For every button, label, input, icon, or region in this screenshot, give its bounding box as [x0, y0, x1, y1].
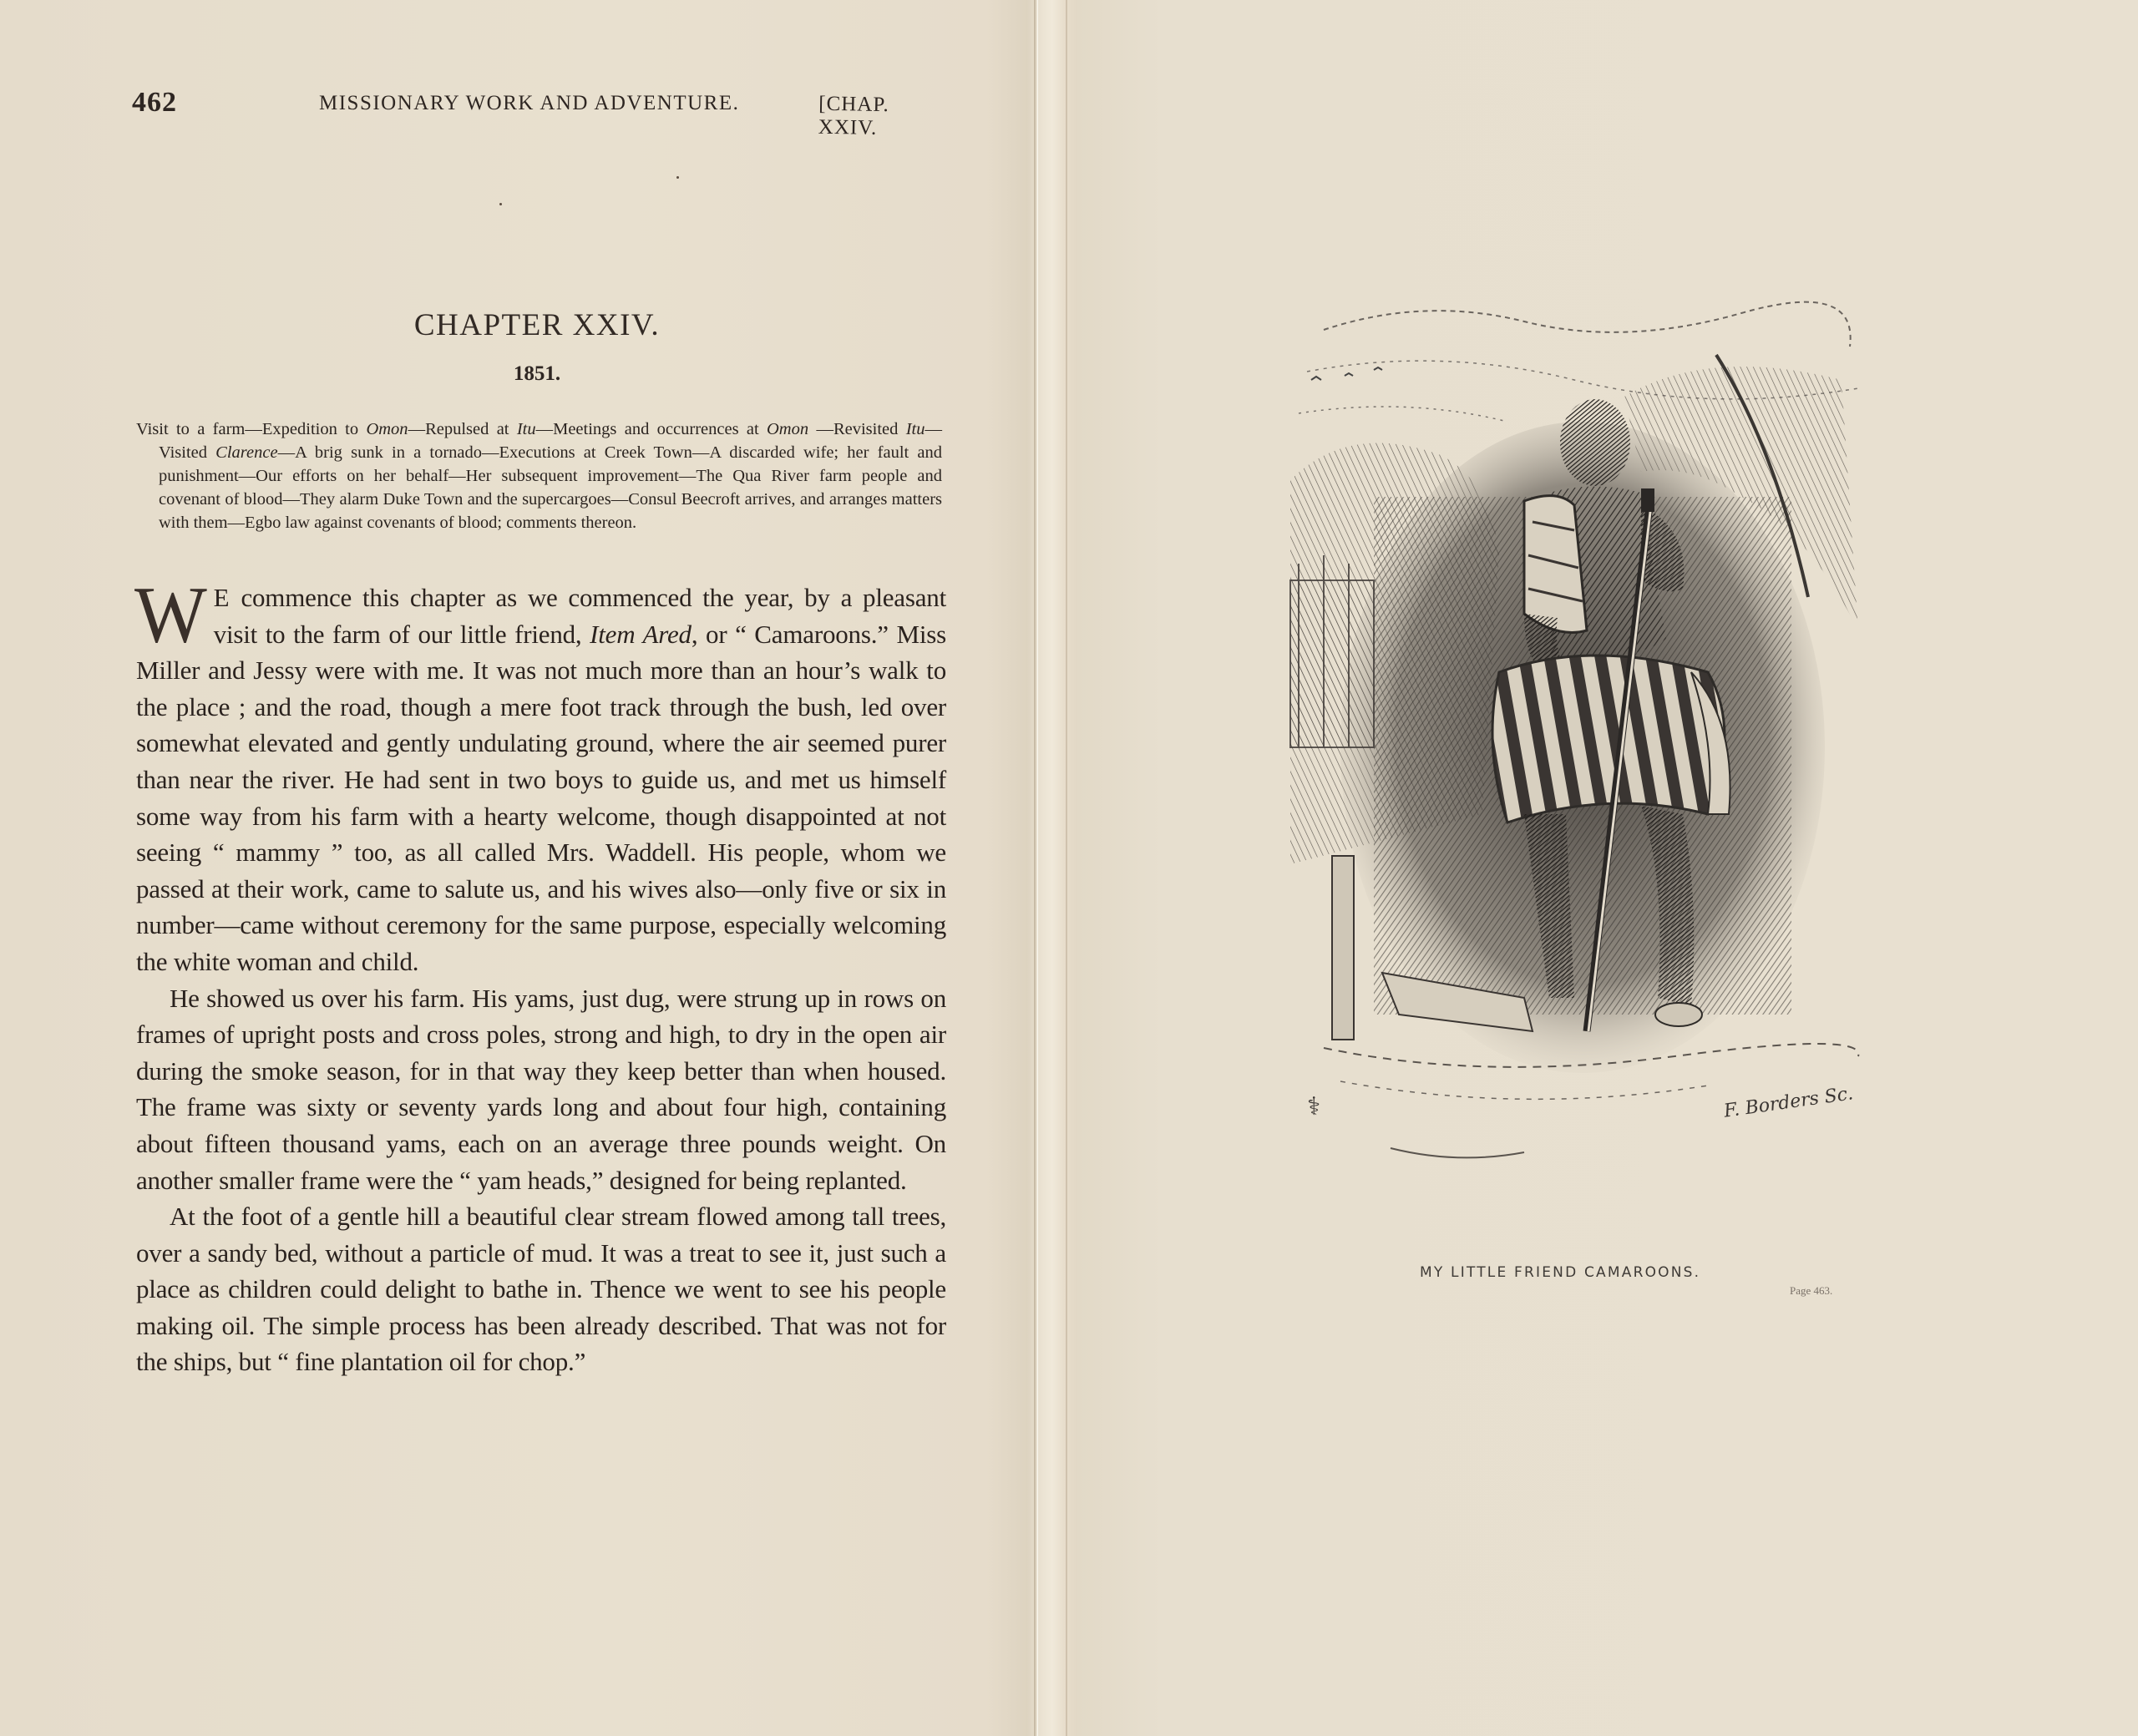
- paragraph-2: He showed us over his farm. His yams, ju…: [136, 980, 946, 1199]
- page-edge-line: [1034, 0, 1036, 1736]
- paragraph-1: WE commence this chapter as we commenced…: [136, 580, 946, 980]
- synopsis-place: Omon: [366, 420, 408, 438]
- page-number: 462: [132, 87, 177, 119]
- svg-text:⚕: ⚕: [1307, 1092, 1320, 1121]
- synopsis-place: Itu: [906, 420, 925, 438]
- running-title: MISSIONARY WORK AND ADVENTURE.: [319, 92, 739, 115]
- chapter-title: CHAPTER XXIV.: [132, 307, 942, 343]
- book-gutter: [1027, 0, 1077, 1736]
- body-text: WE commence this chapter as we commenced…: [136, 580, 946, 1380]
- running-head: 462 MISSIONARY WORK AND ADVENTURE. [CHAP…: [132, 87, 942, 129]
- synopsis-place: Omon: [767, 420, 808, 438]
- page-edge-highlight: [1037, 0, 1038, 1736]
- left-page: 462 MISSIONARY WORK AND ADVENTURE. [CHAP…: [0, 0, 1027, 1736]
- running-chapter: [CHAP. XXIV.: [818, 93, 943, 142]
- page-reference: Page 463.: [1790, 1284, 1832, 1298]
- chapter-synopsis: Visit to a farm—Expedition to Omon—Repul…: [136, 418, 942, 534]
- engraving-illustration: ⚕ F. Borders Sc.: [1274, 280, 1875, 1207]
- engraver-signature: F. Borders Sc.: [1722, 1083, 1855, 1122]
- synopsis-text: —Meetings and occurrences at: [536, 420, 767, 438]
- paragraph-text: , or “ Camaroons.” Miss Miller and Jessy…: [136, 620, 946, 976]
- synopsis-text: —Repulsed at: [408, 420, 517, 438]
- chapter-year: 1851.: [132, 362, 942, 386]
- paragraph-3: At the foot of a gentle hill a beautiful…: [136, 1198, 946, 1380]
- synopsis-place: Itu: [517, 420, 536, 438]
- print-speck: [499, 203, 502, 205]
- synopsis-text: —Revisited: [808, 420, 906, 438]
- page-edge-line: [1066, 0, 1067, 1736]
- synopsis-text: Visit to a farm—Expedition to: [136, 420, 366, 438]
- print-speck: [676, 176, 679, 179]
- illustration-caption: MY LITTLE FRIEND CAMAROONS.: [1420, 1264, 1700, 1281]
- engraving-seated-man-icon: ⚕ F. Borders Sc.: [1274, 280, 1875, 1207]
- drop-cap: W: [134, 581, 207, 648]
- opening-letter: E: [214, 583, 231, 612]
- synopsis-place: Clarence: [215, 443, 277, 462]
- italic-name: Item Ared: [590, 620, 692, 649]
